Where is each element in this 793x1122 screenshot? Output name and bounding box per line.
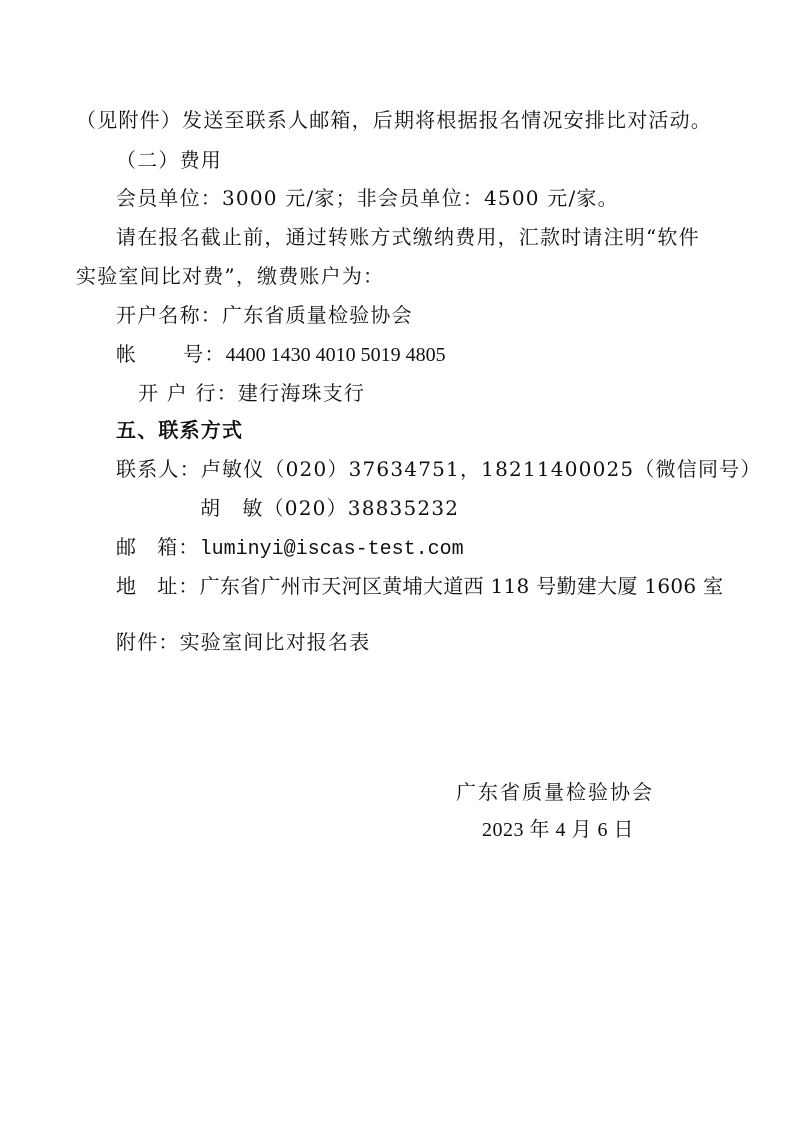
contact-row-1: 联系人：卢敏仪（020）37634751，18211400025（微信同号）	[116, 457, 762, 481]
address-value: 广东省广州市天河区黄埔大道西 118 号勤建大厦 1606 室	[200, 574, 724, 598]
section-heading-contact: 五、联系方式	[116, 418, 243, 442]
paragraph-submission-note: （见附件）发送至联系人邮箱，后期将根据报名情况安排比对活动。	[76, 108, 712, 132]
contact-person-1: 卢敏仪（020）37634751，18211400025（微信同号）	[201, 457, 762, 481]
email-label-char2: 箱：	[157, 535, 199, 559]
account-name-label: 开户名称：	[116, 303, 222, 327]
section-heading-fees: （二）费用	[116, 148, 222, 172]
address-label-char2: 址：	[157, 574, 199, 598]
account-number-value: 4400 1430 4010 5019 4805	[226, 344, 446, 366]
attachment-note: 附件：实验室间比对报名表	[116, 630, 370, 654]
contact-label: 联系人：	[116, 457, 201, 481]
bank-label: 开 户 行：	[138, 381, 238, 405]
account-number-label-char2: 号：	[183, 342, 225, 366]
account-name-value: 广东省质量检验协会	[222, 303, 413, 327]
account-name-row: 开户名称：广东省质量检验协会	[116, 303, 413, 327]
fee-amounts: 会员单位：3000 元/家；非会员单位：4500 元/家。	[116, 186, 619, 210]
address-label-char1: 地	[116, 574, 137, 598]
bank-row: 开 户 行：建行海珠支行	[138, 381, 365, 405]
account-number-label-char1: 帐	[116, 342, 137, 366]
payment-instruction-line2: 实验室间比对费”，缴费账户为：	[76, 264, 384, 288]
account-number-row: 帐号：4400 1430 4010 5019 4805	[116, 342, 446, 367]
email-label-char1: 邮	[116, 535, 137, 559]
address-row: 地址：广东省广州市天河区黄埔大道西 118 号勤建大厦 1606 室	[116, 574, 723, 598]
payment-instruction-line1: 请在报名截止前，通过转账方式缴纳费用，汇款时请注明“软件	[116, 225, 700, 249]
bank-value: 建行海珠支行	[238, 381, 365, 405]
signature-organization: 广东省质量检验协会	[456, 780, 654, 804]
email-row: 邮箱：luminyi@iscas-test.com	[116, 535, 464, 562]
contact-person-2: 胡 敏（020）38835232	[200, 496, 459, 520]
signature-date: 2023 年 4 月 6 日	[482, 818, 634, 842]
email-link[interactable]: luminyi@iscas-test.com	[200, 538, 464, 561]
